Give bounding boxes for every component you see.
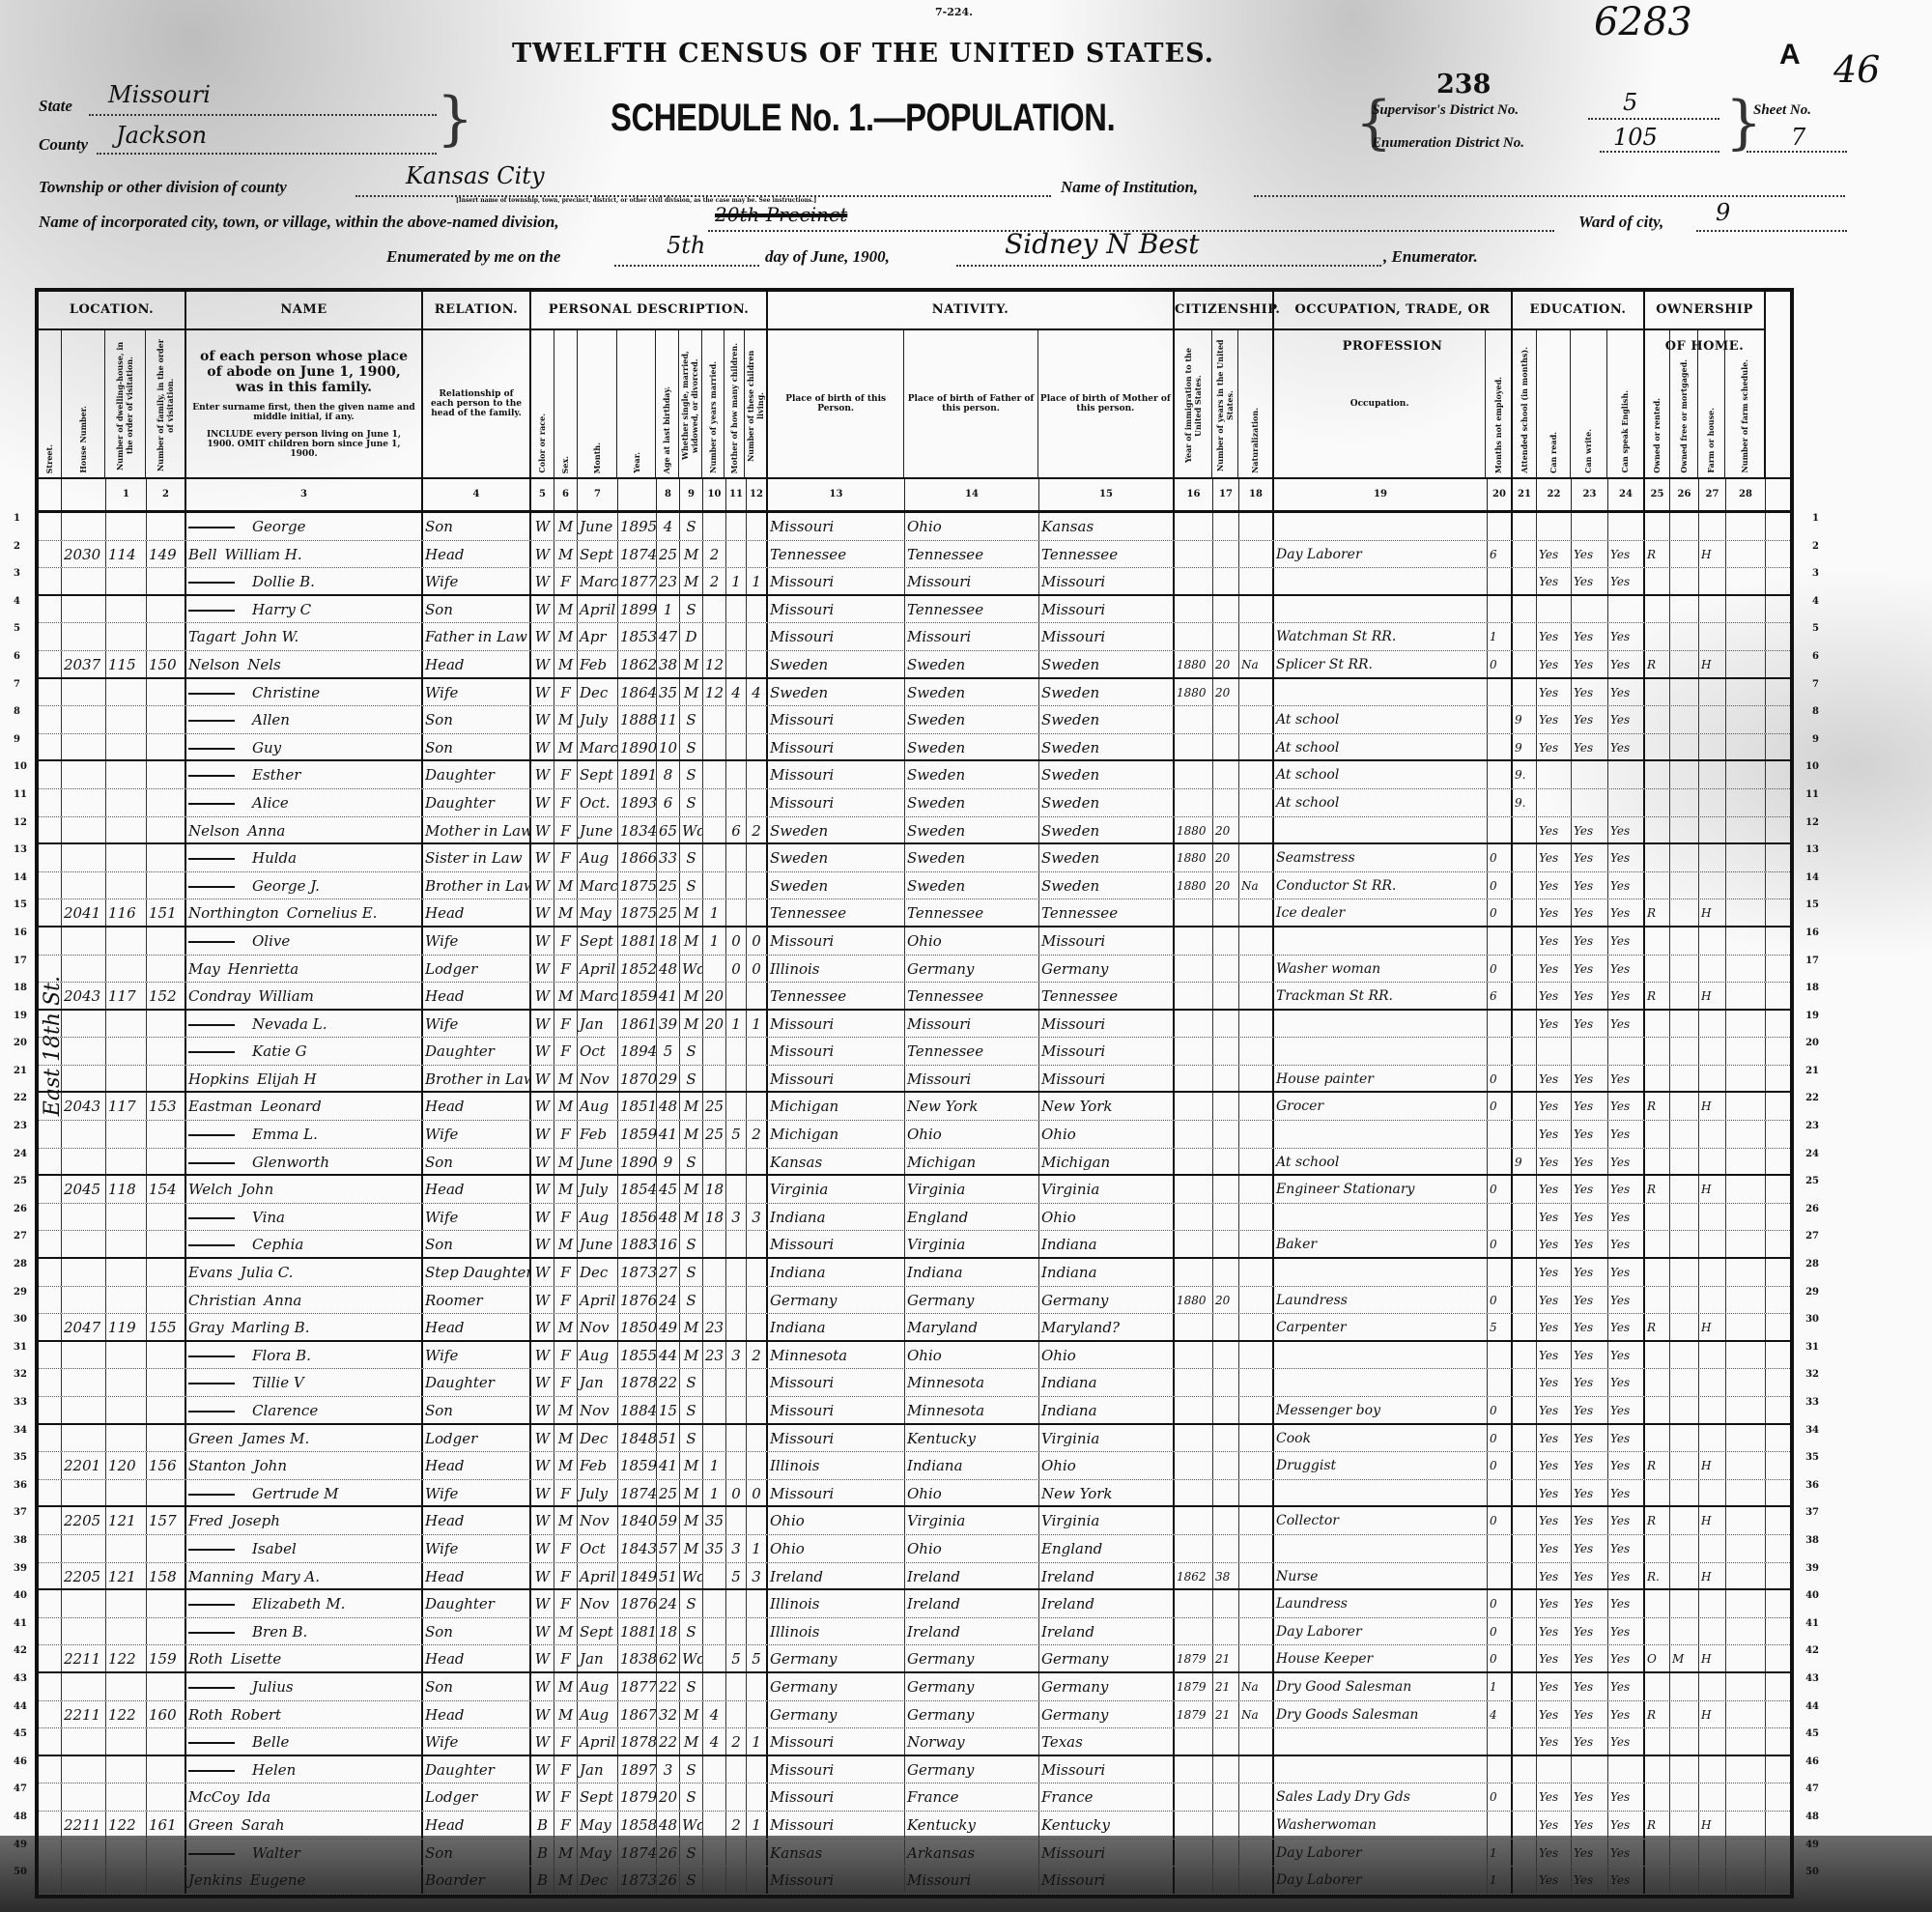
month-cell: Oct. (578, 789, 618, 816)
line-number-right: 23 (1805, 1121, 1819, 1131)
fbp-cell: Tennessee (905, 541, 1039, 568)
ym-cell (703, 956, 726, 983)
nat-cell (1239, 596, 1274, 623)
dw-cell: 122 (106, 1645, 147, 1671)
surname: May (188, 960, 220, 978)
imm-cell (1175, 1259, 1213, 1286)
nat-cell (1239, 1314, 1274, 1340)
fbp-cell: Sweden (905, 651, 1039, 677)
imm-cell (1175, 1728, 1213, 1755)
name-cell: Gertrude M (186, 1480, 423, 1506)
fbp-cell: Ireland (905, 1563, 1039, 1589)
line-number-right: 28 (1805, 1259, 1819, 1270)
dw-cell: 122 (106, 1701, 147, 1728)
given-name: Nevada L. (252, 1015, 327, 1033)
wr-cell: Yes (1572, 1728, 1608, 1755)
wr-cell: Yes (1572, 679, 1608, 706)
fs-cell (1726, 1784, 1766, 1811)
fbp-cell: Minnesota (905, 1369, 1039, 1396)
cl-cell (747, 1066, 768, 1092)
ms-cell: S (680, 844, 703, 871)
age-cell: 57 (657, 1535, 680, 1562)
ch-cell (726, 1452, 747, 1479)
mbp-cell: Ireland (1039, 1618, 1175, 1645)
rd-cell: Yes (1537, 1784, 1572, 1811)
fh-cell (1699, 1535, 1726, 1562)
sex-cell: F (554, 1287, 578, 1314)
occ-cell: Sales Lady Dry Gds (1274, 1784, 1488, 1811)
given-name: Mary A. (262, 1568, 320, 1585)
cl-cell (747, 1231, 768, 1257)
line-number-left: 36 (14, 1480, 27, 1491)
ym-cell (703, 1812, 726, 1839)
ym-cell: 35 (703, 1535, 726, 1562)
mort-cell (1670, 706, 1699, 733)
race-cell: W (531, 1425, 554, 1452)
year-cell: 1859 (618, 983, 657, 1009)
ms-cell: S (680, 513, 703, 540)
ch-cell: 5 (726, 1645, 747, 1671)
name-cell: Katie G (186, 1038, 423, 1065)
imm-cell (1175, 513, 1213, 540)
rel-cell: Son (423, 734, 531, 760)
fbp-cell: Germany (905, 1756, 1039, 1784)
ym-cell (703, 1784, 726, 1811)
mbp-cell: Virginia (1039, 1176, 1175, 1203)
wr-cell: Yes (1572, 1066, 1608, 1092)
mort-cell (1670, 872, 1699, 899)
fs-cell (1726, 1314, 1766, 1340)
sex-cell: F (554, 817, 578, 843)
name-cell: George (186, 513, 423, 540)
dw-cell: 117 (106, 1093, 147, 1120)
imm-cell (1175, 1066, 1213, 1092)
column-number: 7 (578, 479, 618, 510)
house-cell: 2205 (62, 1507, 106, 1534)
house-cell: 2211 (62, 1645, 106, 1671)
year-cell: 1881 (618, 1618, 657, 1645)
name-cell: EvansJulia C. (186, 1259, 423, 1286)
occ-cell: Druggist (1274, 1452, 1488, 1479)
stamp-number: 238 (1436, 70, 1491, 100)
fbp-cell: Germany (905, 956, 1039, 983)
street-cell (39, 651, 62, 677)
occ-cell: At school (1274, 706, 1488, 733)
age-cell: 44 (657, 1342, 680, 1369)
surname: Jenkins (188, 1871, 242, 1889)
yrs-cell (1213, 541, 1239, 568)
cl-cell: 2 (747, 1342, 768, 1369)
rd-cell: Yes (1537, 1093, 1572, 1120)
column-number: 15 (1039, 479, 1175, 510)
street-cell (39, 1563, 62, 1589)
dw-cell (106, 1673, 147, 1700)
sch-cell (1513, 568, 1537, 594)
house-cell (62, 1397, 106, 1423)
given-name: Lisette (231, 1650, 281, 1668)
age-cell: 25 (657, 541, 680, 568)
yrs-cell: 20 (1213, 872, 1239, 899)
column-number: 6 (554, 479, 578, 510)
fh-cell (1699, 1397, 1726, 1423)
own-cell (1645, 1287, 1670, 1314)
line-number-left: 44 (14, 1701, 27, 1712)
wr-cell (1572, 596, 1608, 623)
given-name: Allen (252, 711, 290, 728)
rel-cell: Roomer (423, 1287, 531, 1314)
wr-cell: Yes (1572, 1149, 1608, 1175)
year-cell: 1867 (618, 1701, 657, 1728)
name-cell: HopkinsElijah H (186, 1066, 423, 1092)
age-cell: 35 (657, 679, 680, 706)
month-cell: Aug (578, 1673, 618, 1700)
mne-cell (1488, 789, 1513, 816)
bp-cell: Missouri (768, 1231, 905, 1257)
rel-cell: Wife (423, 1204, 531, 1231)
occ-cell: Grocer (1274, 1093, 1488, 1120)
line-number-left: 33 (14, 1397, 27, 1408)
sex-cell: F (554, 844, 578, 871)
wr-cell: Yes (1572, 1287, 1608, 1314)
year-cell: 1873 (618, 1259, 657, 1286)
street-cell (39, 1204, 62, 1231)
race-cell: W (531, 651, 554, 677)
year-cell: 1855 (618, 1342, 657, 1369)
ch-cell (726, 1231, 747, 1257)
occ-cell (1274, 596, 1488, 623)
cl-cell: 5 (747, 1645, 768, 1671)
nat-cell (1239, 706, 1274, 733)
sex-cell: M (554, 596, 578, 623)
age-cell: 1 (657, 596, 680, 623)
line-number-left: 46 (14, 1756, 27, 1767)
sch-cell (1513, 1176, 1537, 1203)
age-cell: 27 (657, 1259, 680, 1286)
cl-cell (747, 1369, 768, 1396)
occ-cell: Engineer Stationary (1274, 1176, 1488, 1203)
sex-cell: F (554, 761, 578, 788)
name-cell: Harry C (186, 596, 423, 623)
schedule-title: SCHEDULE No. 1.—POPULATION. (611, 97, 1115, 140)
en-cell (1608, 1038, 1645, 1065)
month-cell: June (578, 1231, 618, 1257)
sex-cell: M (554, 1231, 578, 1257)
surname: Hopkins (188, 1070, 249, 1088)
mbp-cell: Germany (1039, 1673, 1175, 1700)
ditto-dash (188, 886, 235, 888)
ch-cell (726, 1673, 747, 1700)
house-cell (62, 568, 106, 594)
nat-cell (1239, 1784, 1274, 1811)
cl-cell (747, 1287, 768, 1314)
mort-cell (1670, 1231, 1699, 1257)
own-cell (1645, 679, 1670, 706)
fam-cell (147, 817, 186, 843)
ym-cell: 20 (703, 1011, 726, 1038)
street-cell (39, 1590, 62, 1617)
age-cell: 15 (657, 1397, 680, 1423)
surname: Green (188, 1430, 234, 1447)
table-row: 5TagartJohn W.Father in LawWMApr185347DM… (39, 623, 1790, 651)
nat-cell (1239, 1618, 1274, 1645)
bp-cell: Illinois (768, 1590, 905, 1617)
fs-cell (1726, 1066, 1766, 1092)
column-header: Age at last birthday. (656, 330, 679, 477)
ch-cell (726, 1176, 747, 1203)
wr-cell (1572, 789, 1608, 816)
en-cell: Yes (1608, 1507, 1645, 1534)
ms-cell: S (680, 1618, 703, 1645)
en-cell: Yes (1608, 1314, 1645, 1340)
sch-cell (1513, 1066, 1537, 1092)
occ-cell: Splicer St RR. (1274, 651, 1488, 677)
occ-cell: Cook (1274, 1425, 1488, 1452)
race-cell: W (531, 1590, 554, 1617)
own-cell (1645, 1867, 1670, 1894)
fam-cell (147, 956, 186, 983)
own-cell (1645, 956, 1670, 983)
own-cell (1645, 1756, 1670, 1784)
surname: Northington (188, 904, 279, 922)
wr-cell: Yes (1572, 1176, 1608, 1203)
bp-cell: Missouri (768, 1756, 905, 1784)
cl-cell (747, 1867, 768, 1894)
sex-cell: F (554, 1535, 578, 1562)
age-cell: 25 (657, 872, 680, 899)
surname: McCoy (188, 1788, 240, 1806)
en-cell: Yes (1608, 1618, 1645, 1645)
line-number-right: 32 (1805, 1369, 1819, 1380)
column-header: Place of birth of this Person. (768, 330, 904, 477)
mbp-cell: Texas (1039, 1728, 1175, 1755)
race-cell: W (531, 679, 554, 706)
mort-cell (1670, 734, 1699, 760)
fam-cell (147, 844, 186, 871)
month-cell: Sept (578, 541, 618, 568)
line-number-left: 5 (14, 623, 20, 634)
mne-cell: 1 (1488, 623, 1513, 650)
table-row: 19Nevada L.WifeWFJan186139M2011MissouriM… (39, 1011, 1790, 1039)
nat-cell (1239, 761, 1274, 788)
mbp-cell: Germany (1039, 1645, 1175, 1671)
nat-cell (1239, 623, 1274, 650)
mort-cell (1670, 1176, 1699, 1203)
fam-cell: 157 (147, 1507, 186, 1534)
sex-cell: F (554, 1259, 578, 1286)
given-name: Isabel (252, 1540, 297, 1557)
enumerated-suffix: day of June, 1900, (765, 247, 890, 267)
fam-cell (147, 1784, 186, 1811)
en-cell: Yes (1608, 651, 1645, 677)
line-number-left: 48 (14, 1812, 27, 1822)
header-group-title: EDUCATION. (1513, 292, 1643, 330)
ditto-dash (188, 1162, 235, 1164)
yrs-cell (1213, 1535, 1239, 1562)
column-header: Month. (578, 330, 618, 477)
bp-cell: Missouri (768, 706, 905, 733)
wr-cell: Yes (1572, 1093, 1608, 1120)
age-cell: 20 (657, 1784, 680, 1811)
enumerated-label: Enumerated by me on the (386, 247, 560, 267)
en-cell: Yes (1608, 817, 1645, 843)
dw-cell (106, 789, 147, 816)
line-number-right: 34 (1805, 1425, 1819, 1436)
street-cell (39, 789, 62, 816)
age-cell: 48 (657, 1812, 680, 1839)
fbp-cell: Norway (905, 1728, 1039, 1755)
rel-cell: Head (423, 1452, 531, 1479)
name-cell: Allen (186, 706, 423, 733)
name-cell: ChristianAnna (186, 1287, 423, 1314)
mne-cell (1488, 734, 1513, 760)
ym-cell (703, 623, 726, 650)
sex-cell: F (554, 1563, 578, 1589)
cl-cell (747, 1452, 768, 1479)
sex-cell: F (554, 1038, 578, 1065)
fbp-cell: Maryland (905, 1314, 1039, 1340)
sch-cell (1513, 1397, 1537, 1423)
month-cell: April (578, 1563, 618, 1589)
year-cell: 1838 (618, 1645, 657, 1671)
column-number: 26 (1670, 479, 1699, 510)
street-cell (39, 1618, 62, 1645)
line-number-left: 32 (14, 1369, 27, 1380)
house-cell (62, 1121, 106, 1148)
cl-cell (747, 761, 768, 788)
dw-cell: 119 (106, 1314, 147, 1340)
ms-cell: S (680, 1287, 703, 1314)
fbp-cell: Sweden (905, 817, 1039, 843)
name-cell: WelchJohn (186, 1176, 423, 1203)
fs-cell (1726, 623, 1766, 650)
rd-cell: Yes (1537, 1535, 1572, 1562)
nat-cell (1239, 513, 1274, 540)
year-cell: 1866 (618, 844, 657, 871)
given-name: Belle (252, 1733, 289, 1751)
line-number-left: 22 (14, 1093, 27, 1103)
ch-cell (726, 623, 747, 650)
fs-cell (1726, 844, 1766, 871)
line-number-right: 43 (1805, 1673, 1819, 1684)
rel-cell: Brother in Law (423, 1066, 531, 1092)
ms-cell: S (680, 1259, 703, 1286)
mort-cell (1670, 899, 1699, 926)
given-name: Julius (252, 1678, 294, 1696)
race-cell: W (531, 1093, 554, 1120)
column-number: 25 (1645, 479, 1670, 510)
nat-cell (1239, 1563, 1274, 1589)
mbp-cell: New York (1039, 1093, 1175, 1120)
mbp-cell: Maryland? (1039, 1314, 1175, 1340)
ms-cell: S (680, 1673, 703, 1700)
fbp-cell: Missouri (905, 1867, 1039, 1894)
ch-cell (726, 761, 747, 788)
fh-cell (1699, 844, 1726, 871)
race-cell: W (531, 1397, 554, 1423)
ym-cell: 1 (703, 1452, 726, 1479)
year-cell: 1864 (618, 679, 657, 706)
street-cell (39, 1231, 62, 1257)
given-name: Olive (252, 932, 290, 950)
wr-cell: Yes (1572, 651, 1608, 677)
wr-cell: Yes (1572, 844, 1608, 871)
line-number-left: 50 (14, 1867, 27, 1877)
dw-cell (106, 817, 147, 843)
sch-cell (1513, 817, 1537, 843)
line-number-right: 48 (1805, 1812, 1819, 1822)
dw-cell (106, 1756, 147, 1784)
race-cell: W (531, 568, 554, 594)
house-cell (62, 1618, 106, 1645)
age-cell: 32 (657, 1701, 680, 1728)
cl-cell: 0 (747, 956, 768, 983)
fs-cell (1726, 817, 1766, 843)
dw-cell (106, 1480, 147, 1506)
yrs-cell (1213, 1121, 1239, 1148)
street-cell (39, 1728, 62, 1755)
ym-cell (703, 1038, 726, 1065)
name-cell: Dollie B. (186, 568, 423, 594)
fam-cell (147, 1535, 186, 1562)
occ-cell: Trackman St RR. (1274, 983, 1488, 1009)
yrs-cell (1213, 513, 1239, 540)
fam-cell (147, 1011, 186, 1038)
mne-cell: 0 (1488, 651, 1513, 677)
mbp-cell: Missouri (1039, 927, 1175, 955)
wr-cell (1572, 1756, 1608, 1784)
nat-cell (1239, 1342, 1274, 1369)
street-cell (39, 872, 62, 899)
year-cell: 1850 (618, 1314, 657, 1340)
year-cell: 1861 (618, 1011, 657, 1038)
cl-cell (747, 1149, 768, 1175)
cl-cell (747, 1314, 768, 1340)
table-body: 1GeorgeSonWMJune18954SMissouriOhioKansas… (39, 513, 1790, 1895)
month-cell: April (578, 1287, 618, 1314)
en-cell: Yes (1608, 872, 1645, 899)
fs-cell (1726, 899, 1766, 926)
fam-cell (147, 1867, 186, 1894)
age-cell: 24 (657, 1590, 680, 1617)
age-cell: 29 (657, 1066, 680, 1092)
cl-cell (747, 1590, 768, 1617)
month-cell: March (578, 568, 618, 594)
fh-cell: H (1699, 651, 1726, 677)
table-row: 43JuliusSonWMAug187722SGermanyGermanyGer… (39, 1673, 1790, 1701)
ch-cell: 5 (726, 1563, 747, 1589)
ch-cell (726, 1784, 747, 1811)
yrs-cell (1213, 734, 1239, 760)
own-cell (1645, 1066, 1670, 1092)
mort-cell (1670, 1756, 1699, 1784)
mort-cell (1670, 1812, 1699, 1839)
year-cell: 1888 (618, 706, 657, 733)
en-cell (1608, 513, 1645, 540)
fbp-cell: Sweden (905, 734, 1039, 760)
ms-cell: S (680, 1784, 703, 1811)
column-number: 12 (747, 479, 768, 510)
house-cell (62, 1840, 106, 1867)
age-cell: 4 (657, 513, 680, 540)
rel-cell: Son (423, 1149, 531, 1175)
street-cell (39, 1507, 62, 1534)
age-cell: 26 (657, 1840, 680, 1867)
ym-cell (703, 734, 726, 760)
sch-cell (1513, 1287, 1537, 1314)
rd-cell: Yes (1537, 844, 1572, 871)
cl-cell (747, 623, 768, 650)
table-row: 222043117153EastmanLeonardHeadWMAug18514… (39, 1093, 1790, 1121)
